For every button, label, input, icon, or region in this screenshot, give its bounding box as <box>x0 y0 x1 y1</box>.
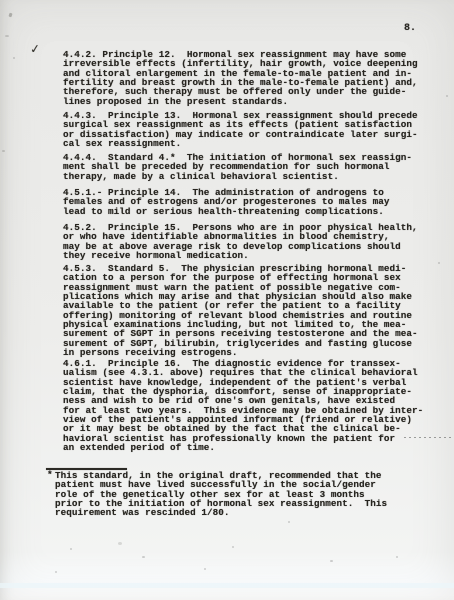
paragraph-standard-5: 4.5.3. Standard 5. The physician prescri… <box>63 264 418 357</box>
scanned-document-page: 8. ✓ 4.4.2. Principle 12. Hormonal sex r… <box>0 0 454 600</box>
footnote-text: This standard, in the original draft, re… <box>55 471 387 518</box>
scan-speckle <box>142 556 145 558</box>
pencil-dash-mark <box>404 437 453 438</box>
scan-speckle <box>13 57 15 59</box>
paragraph-principle-13: 4.4.3. Principle 13. Hormonal sex reassi… <box>63 111 418 148</box>
paragraph-principle-15: 4.5.2. Principle 15. Persons who are in … <box>63 223 418 260</box>
scan-speckle <box>446 95 448 97</box>
scan-speckle <box>204 568 206 570</box>
scan-speckle <box>118 542 122 545</box>
footnote-asterisk: * <box>47 470 53 480</box>
scan-speckle <box>70 548 72 550</box>
scan-speckle <box>232 546 234 548</box>
scan-speckle <box>2 150 5 152</box>
scan-speckle <box>396 556 398 558</box>
scan-speckle <box>330 560 333 562</box>
scan-speckle <box>438 262 440 264</box>
paragraph-principle-12: 4.4.2. Principle 12. Hormonal sex reassi… <box>63 50 418 106</box>
scan-speckle <box>55 571 57 573</box>
checkmark-annotation: ✓ <box>29 43 40 56</box>
paragraph-principle-16: 4.6.1. Principle 16. The diagnostic evid… <box>63 359 423 452</box>
paragraph-standard-4: 4.4.4. Standard 4.* The initiation of ho… <box>63 153 412 181</box>
scan-light-band <box>0 583 454 588</box>
scan-speckle <box>288 521 290 523</box>
page-number: 8. <box>404 24 416 34</box>
paragraph-principle-14: 4.5.1.- Principle 14. The administration… <box>63 188 389 216</box>
scan-speckle <box>8 13 12 18</box>
scan-speckle <box>5 35 9 37</box>
